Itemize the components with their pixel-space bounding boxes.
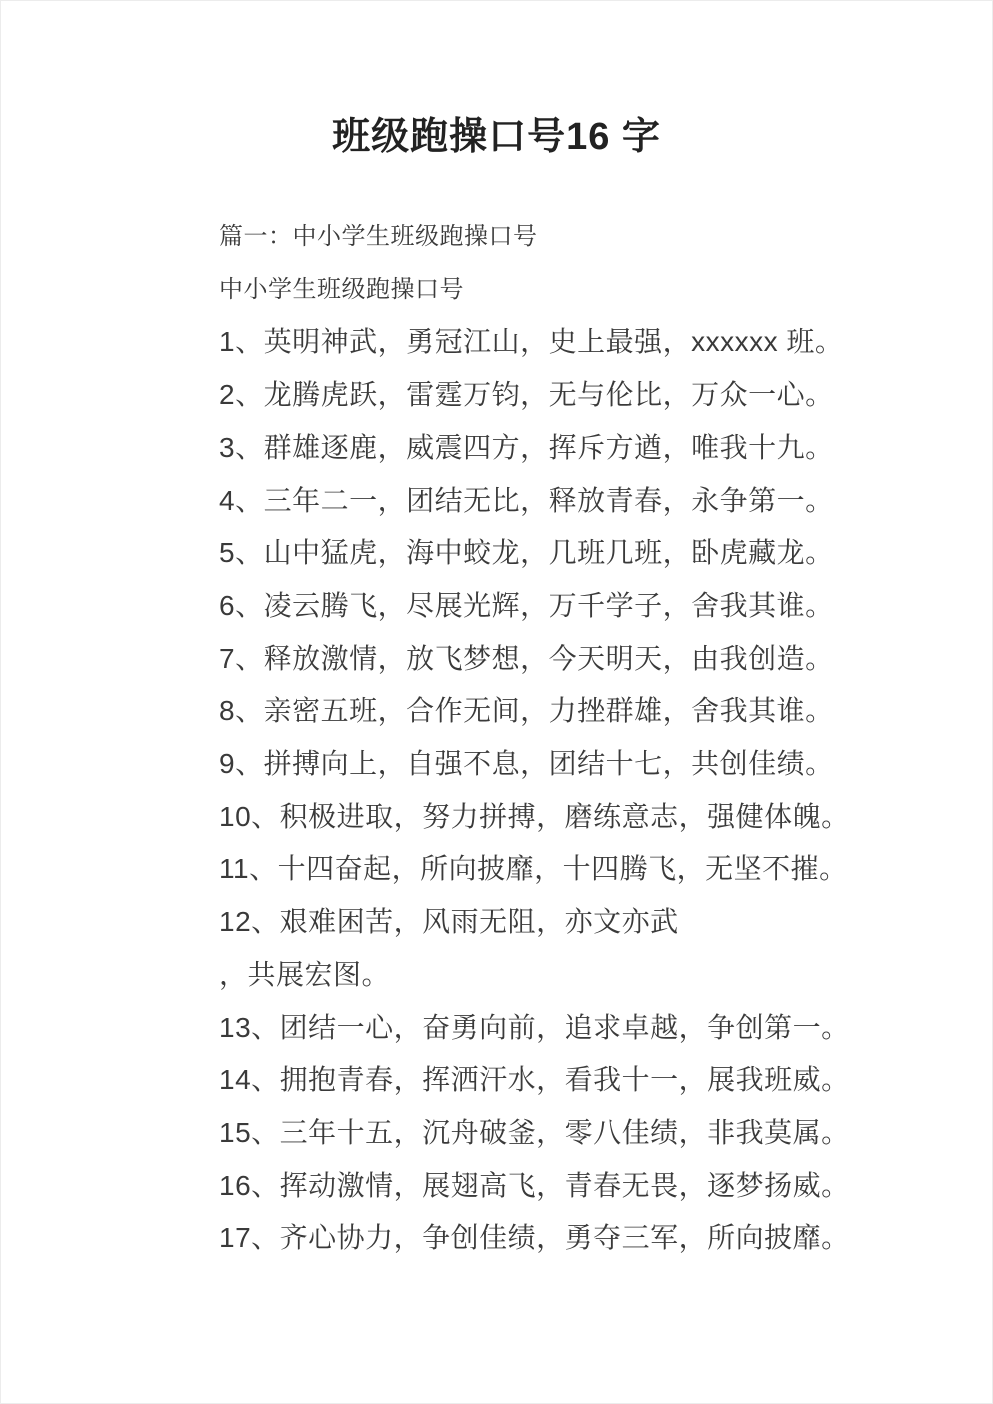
- slogan-item-9: 9、拼搏向上，自强不息，团结十七，共创佳绩。: [219, 738, 832, 791]
- intro-line-1: 篇一：中小学生班级跑操口号: [219, 211, 832, 264]
- slogan-item-14: 14、拥抱青春，挥洒汗水，看我十一，展我班威。: [219, 1054, 832, 1107]
- slogan-item-7: 7、释放激情，放飞梦想，今天明天，由我创造。: [219, 633, 832, 686]
- document-page: 班级跑操口号16 字 篇一：中小学生班级跑操口号 中小学生班级跑操口号 1、英明…: [0, 0, 993, 1404]
- slogan-item-4: 4、三年二一，团结无比，释放青春，永争第一。: [219, 475, 832, 528]
- slogan-item-1: 1、英明神武，勇冠江山，史上最强，xxxxxx 班。: [219, 316, 832, 369]
- slogan-item-8: 8、亲密五班，合作无间，力挫群雄，舍我其谁。: [219, 685, 832, 738]
- document-title: 班级跑操口号16 字: [1, 1, 992, 165]
- slogan-item-2: 2、龙腾虎跃，雷霆万钧，无与伦比，万众一心。: [219, 369, 832, 422]
- intro-line-2: 中小学生班级跑操口号: [219, 264, 832, 317]
- slogan-item-3: 3、群雄逐鹿，威震四方，挥斥方遒，唯我十九。: [219, 422, 832, 475]
- slogan-item-6: 6、凌云腾飞，尽展光辉，万千学子，舍我其谁。: [219, 580, 832, 633]
- slogan-item-5: 5、山中猛虎，海中蛟龙，几班几班，卧虎藏龙。: [219, 527, 832, 580]
- slogan-item-16: 16、挥动激情，展翅高飞，青春无畏，逐梦扬威。: [219, 1160, 832, 1213]
- slogan-item-12-cont: ，共展宏图。: [219, 949, 832, 1002]
- slogan-item-12: 12、艰难困苦，风雨无阻，亦文亦武: [219, 896, 832, 949]
- slogan-item-10: 10、积极进取，努力拼搏，磨练意志，强健体魄。: [219, 791, 832, 844]
- slogan-item-17: 17、齐心协力，争创佳绩，勇夺三军，所向披靡。: [219, 1212, 832, 1265]
- document-body: 篇一：中小学生班级跑操口号 中小学生班级跑操口号 1、英明神武，勇冠江山，史上最…: [219, 211, 832, 1265]
- slogan-item-15: 15、三年十五，沉舟破釜，零八佳绩，非我莫属。: [219, 1107, 832, 1160]
- slogan-item-11: 11、十四奋起，所向披靡，十四腾飞，无坚不摧。: [219, 843, 832, 896]
- slogan-item-13: 13、团结一心，奋勇向前，追求卓越，争创第一。: [219, 1002, 832, 1055]
